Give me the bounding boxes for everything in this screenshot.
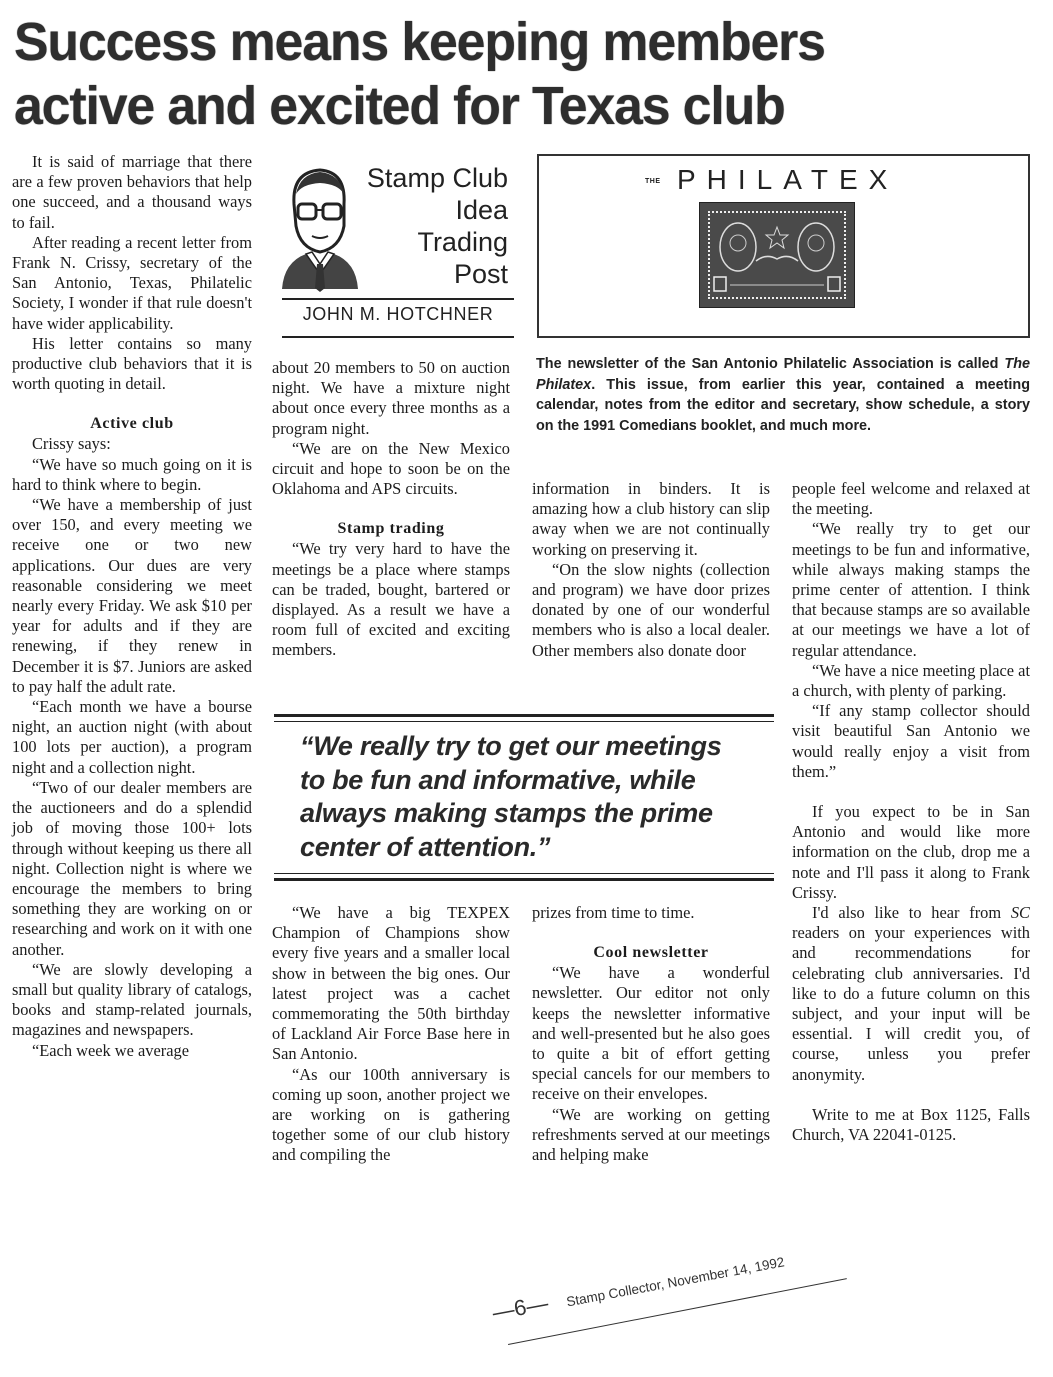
pull-quote-line: to be fun and informative, while xyxy=(300,764,770,798)
column-title-line: Post xyxy=(367,258,508,290)
paragraph: “Each week we average xyxy=(12,1041,252,1061)
column-logo: Stamp Club Idea Trading Post JOHN M. HOT… xyxy=(274,158,512,348)
paragraph: “We have so much going on it is hard to … xyxy=(12,455,252,495)
article-column-4: people feel welcome and relaxed at the m… xyxy=(792,479,1030,1145)
column-title: Stamp Club Idea Trading Post xyxy=(367,162,508,290)
paragraph: “We are on the New Mexico circuit and ho… xyxy=(272,439,510,500)
paragraph: “We have a big TEXPEX Champion of Champi… xyxy=(272,903,510,1065)
pullquote-rule-top xyxy=(274,714,774,717)
paragraph: It is said of marriage that there are a … xyxy=(12,152,252,233)
paragraph: “As our 100th anniversary is coming up s… xyxy=(272,1065,510,1166)
column-title-line: Stamp Club xyxy=(367,162,508,194)
spacer xyxy=(272,499,510,519)
caption-text: The newsletter of the San Antonio Philat… xyxy=(536,356,1004,372)
pullquote-rule-bottom-thin xyxy=(274,873,774,874)
paragraph: about 20 members to 50 on auction night.… xyxy=(272,358,510,439)
paragraph: “We have a nice meeting place at a churc… xyxy=(792,661,1030,701)
paragraph: I'd also like to hear from SC readers on… xyxy=(792,903,1030,1085)
author-portrait-icon xyxy=(280,164,360,294)
paragraph: people feel welcome and relaxed at the m… xyxy=(792,479,1030,519)
stamp-illustration-icon xyxy=(699,202,855,308)
pull-quote-line: center of attention.” xyxy=(300,831,770,865)
headline: Success means keeping members active and… xyxy=(14,10,1003,138)
subheading-cool-newsletter: Cool newsletter xyxy=(532,943,770,963)
paragraph: “We are working on getting refreshments … xyxy=(532,1105,770,1166)
article-column-2-bottom: “We have a big TEXPEX Champion of Champi… xyxy=(272,903,510,1166)
paragraph: “We have a wonderful newsletter. Our edi… xyxy=(532,963,770,1104)
stamp-perforation xyxy=(708,211,846,299)
stamp-portraits-icon xyxy=(710,213,844,297)
author-byline: JOHN M. HOTCHNER xyxy=(282,304,514,325)
page-footer: —6— Stamp Collector, November 14, 1992 xyxy=(490,1246,786,1326)
pullquote-rule-top-thin xyxy=(274,721,774,722)
pull-quote-line: always making stamps the prime xyxy=(300,797,770,831)
article-column-3-top: information in binders. It is amazing ho… xyxy=(532,479,770,661)
paragraph: “If any stamp collector should visit bea… xyxy=(792,701,1030,782)
paragraph-text: I'd also like to hear from xyxy=(812,903,1011,922)
headline-line-1: Success means keeping members xyxy=(14,10,1003,74)
paragraph: “We try very hard to have the meetings b… xyxy=(272,539,510,660)
masthead-prefix: THE xyxy=(645,178,661,185)
spacer xyxy=(12,394,252,414)
paragraph: “On the slow nights (collection and prog… xyxy=(532,560,770,661)
divider xyxy=(282,336,514,338)
article-column-3-bottom: prizes from time to time. Cool newslette… xyxy=(532,903,770,1165)
pull-quote: “We really try to get our meetings to be… xyxy=(300,730,770,864)
subheading-active-club: Active club xyxy=(12,414,252,434)
paragraph: prizes from time to time. xyxy=(532,903,770,923)
subheading-stamp-trading: Stamp trading xyxy=(272,519,510,539)
spacer xyxy=(792,782,1030,802)
image-caption: The newsletter of the San Antonio Philat… xyxy=(536,354,1030,436)
spacer xyxy=(792,1085,1030,1105)
paragraph: information in binders. It is amazing ho… xyxy=(532,479,770,560)
article-column-1: It is said of marriage that there are a … xyxy=(12,152,252,1061)
paragraph: His letter contains so many productive c… xyxy=(12,334,252,395)
pull-quote-line: “We really try to get our meetings xyxy=(300,730,770,764)
paragraph: “Each month we have a bourse night, an a… xyxy=(12,697,252,778)
paragraph-address: Write to me at Box 1125, Falls Church, V… xyxy=(792,1105,1030,1145)
masthead-title: PHILATEX xyxy=(677,164,898,196)
column-title-line: Idea xyxy=(367,194,508,226)
paragraph: “We are slowly developing a small but qu… xyxy=(12,960,252,1041)
paragraph: Crissy says: xyxy=(12,434,252,454)
divider xyxy=(282,298,514,300)
article-column-2-top: about 20 members to 50 on auction night.… xyxy=(272,358,510,661)
paragraph: “We have a membership of just over 150, … xyxy=(12,495,252,697)
paragraph: “We really try to get our meetings to be… xyxy=(792,519,1030,660)
spacer xyxy=(532,923,770,943)
headline-line-2: active and excited for Texas club xyxy=(14,74,1003,138)
publication-dateline: Stamp Collector, November 14, 1992 xyxy=(565,1254,785,1309)
paragraph: “Two of our dealer members are the aucti… xyxy=(12,778,252,960)
paragraph: After reading a recent letter from Frank… xyxy=(12,233,252,334)
paragraph: If you expect to be in San Antonio and w… xyxy=(792,802,1030,903)
column-title-line: Trading xyxy=(367,226,508,258)
pullquote-rule-bottom xyxy=(274,878,774,881)
philatex-newsletter-image: THE PHILATEX xyxy=(537,154,1030,338)
caption-text: . This issue, from earlier this year, co… xyxy=(536,377,1030,434)
publication-abbrev: SC xyxy=(1011,903,1030,922)
page-number: —6— xyxy=(490,1290,550,1325)
paragraph-text: readers on your experiences with and rec… xyxy=(792,923,1030,1083)
